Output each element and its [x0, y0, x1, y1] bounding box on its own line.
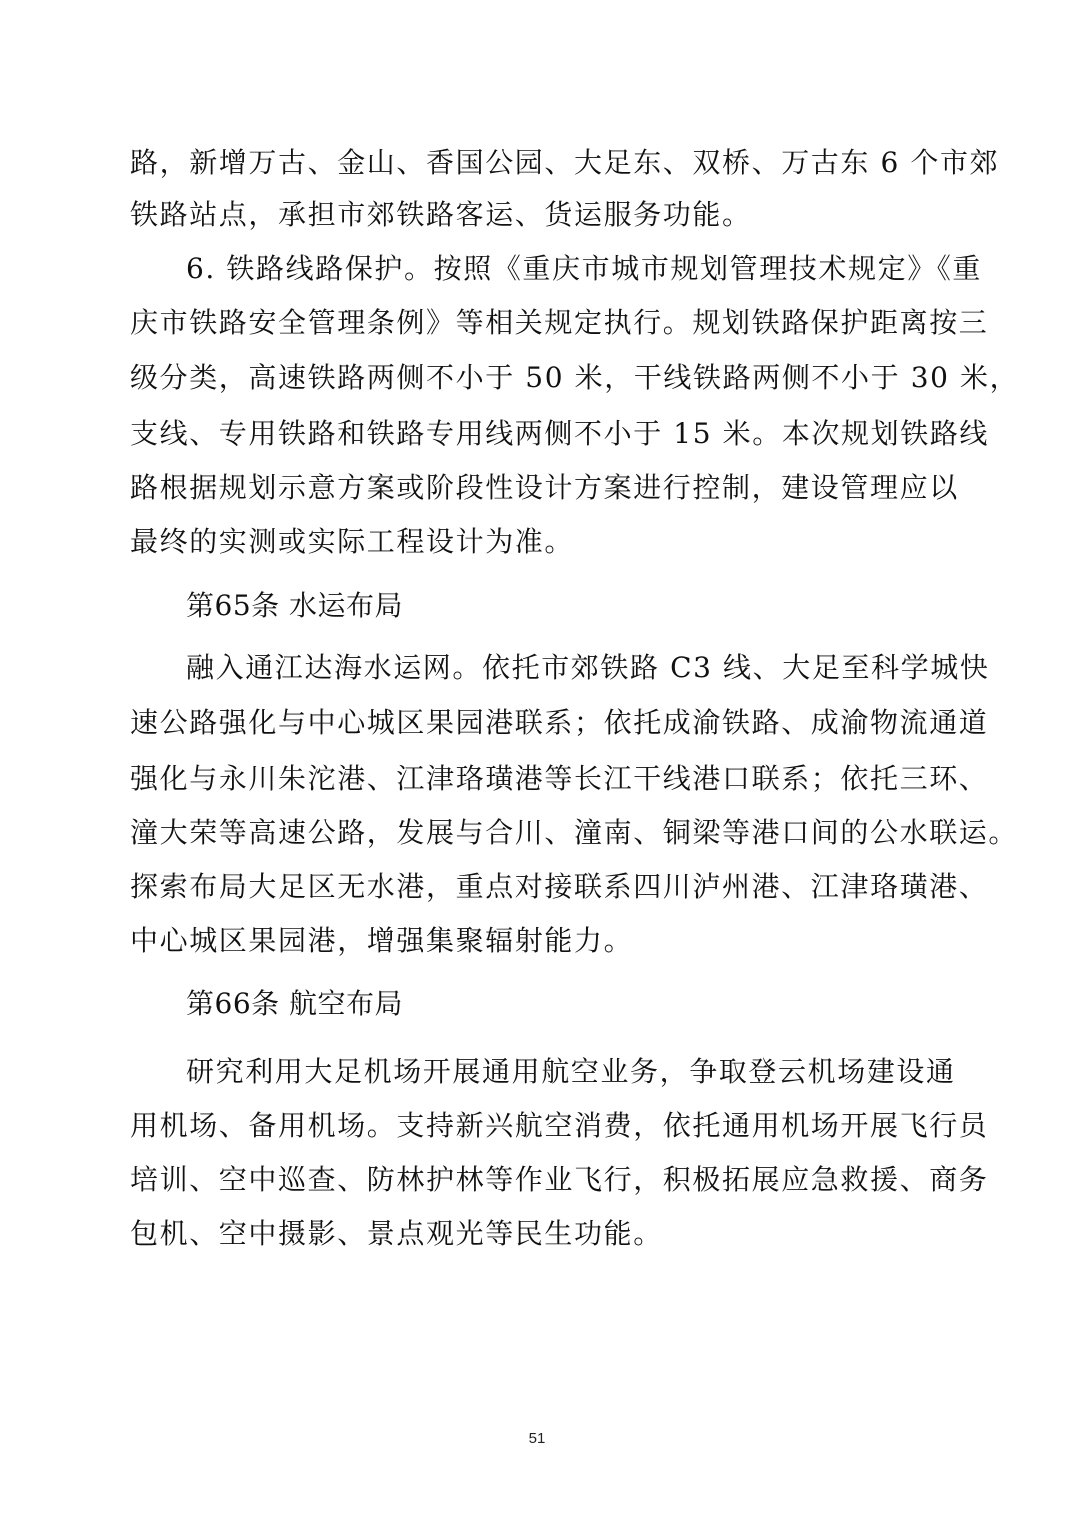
- text-line: 最终的实测或实际工程设计为准。: [130, 525, 945, 559]
- text-line: 速公路强化与中心城区果园港联系；依托成渝铁路、成渝物流通道: [130, 706, 945, 740]
- section-heading: 第65条 水运布局: [186, 589, 403, 623]
- text-line: 强化与永川朱沱港、江津珞璜港等长江干线港口联系；依托三环、: [130, 762, 945, 796]
- text-line: 6. 铁路线路保护。按照《重庆市城市规划管理技术规定》《重: [186, 252, 946, 286]
- page-number: 51: [0, 1430, 1074, 1447]
- text-line: 支线、专用铁路和铁路专用线两侧不小于 15 米。本次规划铁路线: [130, 417, 945, 451]
- text-line: 路，新增万古、金山、香国公园、大足东、双桥、万古东 6 个市郊: [130, 146, 945, 180]
- text-line: 包机、空中摄影、景点观光等民生功能。: [130, 1217, 945, 1251]
- text-line: 用机场、备用机场。支持新兴航空消费，依托通用机场开展飞行员: [130, 1109, 945, 1143]
- text-line: 路根据规划示意方案或阶段性设计方案进行控制，建设管理应以: [130, 471, 945, 505]
- text-line: 研究利用大足机场开展通用航空业务，争取登云机场建设通: [186, 1055, 946, 1089]
- text-line: 培训、空中巡查、防林护林等作业飞行，积极拓展应急救援、商务: [130, 1163, 945, 1197]
- text-line: 探索布局大足区无水港，重点对接联系四川泸州港、江津珞璜港、: [130, 870, 945, 904]
- text-line: 级分类，高速铁路两侧不小于 50 米，干线铁路两侧不小于 30 米，: [130, 361, 945, 395]
- text-line: 铁路站点，承担市郊铁路客运、货运服务功能。: [130, 198, 945, 232]
- section-heading: 第66条 航空布局: [186, 987, 403, 1021]
- document-page: 路，新增万古、金山、香国公园、大足东、双桥、万古东 6 个市郊铁路站点，承担市郊…: [0, 0, 1074, 1520]
- text-line: 融入通江达海水运网。依托市郊铁路 C3 线、大足至科学城快: [186, 651, 946, 685]
- text-line: 庆市铁路安全管理条例》等相关规定执行。规划铁路保护距离按三: [130, 306, 945, 340]
- text-line: 潼大荣等高速公路，发展与合川、潼南、铜梁等港口间的公水联运。: [130, 816, 945, 850]
- text-line: 中心城区果园港，增强集聚辐射能力。: [130, 924, 945, 958]
